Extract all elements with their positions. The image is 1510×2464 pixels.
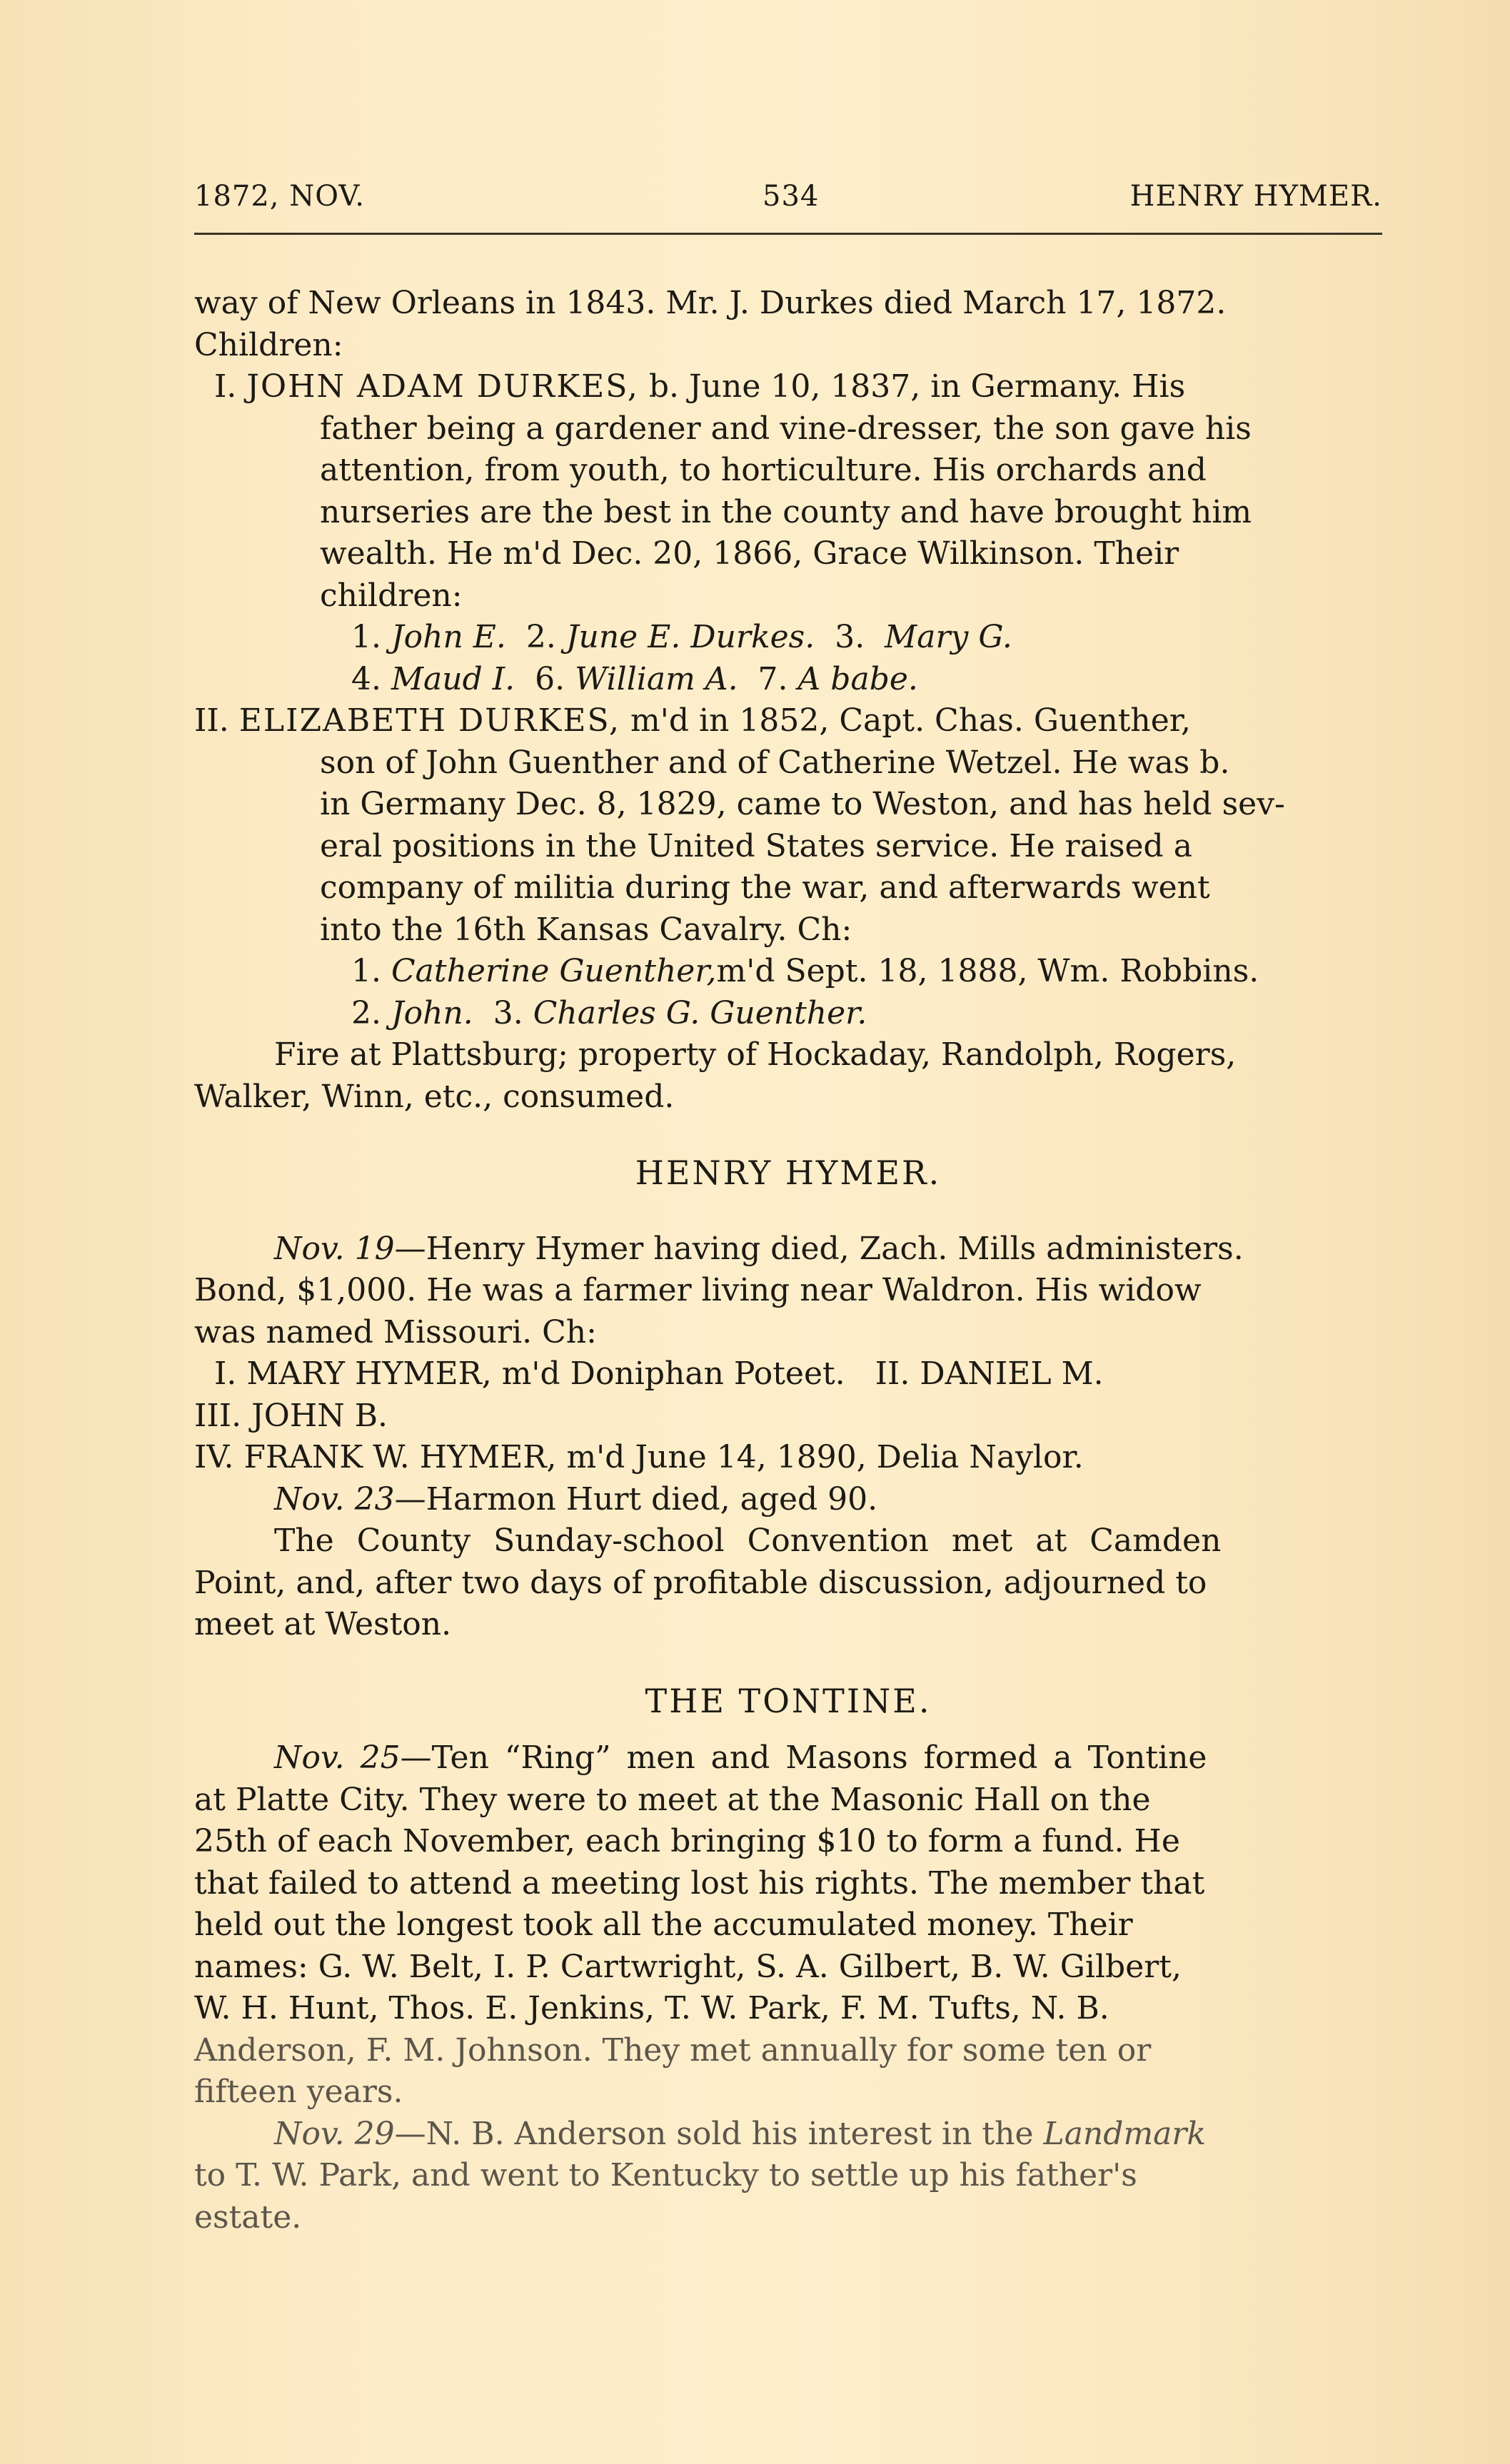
text-line: 25th of each November, each bringing $10… <box>194 1821 1382 1863</box>
text-line: to T. W. Park, and went to Kentucky to s… <box>194 2155 1382 2197</box>
list-number: 4. <box>351 659 381 701</box>
list-number: 6. <box>535 659 565 701</box>
text-line: Children: <box>194 325 1382 367</box>
child-entry-heading: II. ELIZABETH DURKES, m'd in 1852, Capt.… <box>194 700 1382 742</box>
section-heading-henry-hymer: HENRY HYMER. <box>194 1152 1382 1194</box>
entry-date: Nov. 23 <box>274 1479 395 1521</box>
entry-date: Nov. 19 <box>274 1228 395 1271</box>
text-line: eral positions in the United States serv… <box>194 826 1382 868</box>
child-text: FRANK W. HYMER, m'd June 14, 1890, Delia… <box>243 1437 1083 1479</box>
list-number: 3. <box>835 617 865 659</box>
grandchildren-row: 1. Catherine Guenther, m'd Sept. 18, 188… <box>194 951 1382 993</box>
text-segment: —Harmon Hurt died, aged 90. <box>395 1479 878 1521</box>
text-line: at Platte City. They were to meet at the… <box>194 1779 1382 1822</box>
text-line: wealth. He m'd Dec. 20, 1866, Grace Wilk… <box>194 533 1382 575</box>
entry-line: Nov. 29—N. B. Anderson sold his interest… <box>194 2114 1382 2156</box>
child-text: DANIEL M. <box>920 1353 1103 1395</box>
list-number: 1. <box>351 951 381 993</box>
list-number: 1. <box>351 617 381 659</box>
text-line: nurseries are the best in the county and… <box>194 492 1382 534</box>
list-number: 3. <box>493 993 523 1035</box>
entry-date: Nov. 29 <box>274 2114 395 2156</box>
text-line: Point, and, after two days of profitable… <box>194 1562 1382 1605</box>
child-name: Maud I. <box>391 659 515 701</box>
roman-numeral: IV. <box>194 1437 233 1479</box>
text-line: company of militia during the war, and a… <box>194 867 1382 909</box>
roman-numeral: I. <box>214 1353 236 1395</box>
child-name: William A. <box>575 659 738 701</box>
text-line: was named Missouri. Ch: <box>194 1312 1382 1354</box>
roman-numeral: II. <box>194 700 229 742</box>
text-line: fifteen years. <box>194 2071 1382 2114</box>
running-head-date: 1872, NOV. <box>194 180 365 213</box>
page-body: way of New Orleans in 1843. Mr. J. Durke… <box>194 283 1382 2238</box>
text-line: into the 16th Kansas Cavalry. Ch: <box>194 909 1382 951</box>
header-rule <box>194 233 1382 235</box>
text-line: attention, from youth, to horticulture. … <box>194 450 1382 492</box>
roman-numeral: I. <box>214 366 236 408</box>
child-entry-heading: I. JOHN ADAM DURKES, b. June 10, 1837, i… <box>194 366 1382 408</box>
text-segment: —Ten “Ring” men and Masons formed a Tont… <box>401 1737 1207 1779</box>
section-heading-the-tontine: THE TONTINE. <box>194 1680 1382 1722</box>
child-entry: III. JOHN B. <box>194 1395 1382 1438</box>
text-line: estate. <box>194 2197 1382 2239</box>
text-line: Fire at Plattsburg; property of Hockaday… <box>194 1034 1382 1076</box>
newspaper-title: Landmark <box>1043 2114 1206 2156</box>
child-name: John. <box>391 993 473 1035</box>
text-line: way of New Orleans in 1843. Mr. J. Durke… <box>194 283 1382 325</box>
entry-line: Nov. 25—Ten “Ring” men and Masons formed… <box>194 1737 1382 1779</box>
child-name: Charles G. Guenther. <box>533 993 867 1035</box>
person-name: ELIZABETH DURKES, <box>239 700 620 742</box>
child-name: June E. Durkes. <box>566 617 815 659</box>
entry-line: Nov. 23—Harmon Hurt died, aged 90. <box>194 1479 1382 1521</box>
child-name: John E. <box>391 617 506 659</box>
list-number: 2. <box>526 617 556 659</box>
running-head-title: HENRY HYMER. <box>1130 180 1382 213</box>
text-line: in Germany Dec. 8, 1829, came to Weston,… <box>194 784 1382 826</box>
text-line: children: <box>194 575 1382 617</box>
text-segment: —N. B. Anderson sold his interest in the <box>395 2114 1034 2156</box>
grandchildren-row: 2. John. 3. Charles G. Guenther. <box>194 993 1382 1035</box>
text-segment: m'd Sept. 18, 1888, Wm. Robbins. <box>717 951 1259 993</box>
child-text: MARY HYMER, m'd Doniphan Poteet. <box>246 1353 845 1395</box>
text-line: father being a gardener and vine-dresser… <box>194 408 1382 450</box>
page-number: 534 <box>762 180 819 213</box>
list-number: 2. <box>351 993 381 1035</box>
child-entry: I. MARY HYMER, m'd Doniphan Poteet. II. … <box>194 1353 1382 1395</box>
list-number: 7. <box>758 659 788 701</box>
text-line: Anderson, F. M. Johnson. They met annual… <box>194 2030 1382 2072</box>
child-entry: IV. FRANK W. HYMER, m'd June 14, 1890, D… <box>194 1437 1382 1479</box>
roman-numeral: III. <box>194 1395 241 1438</box>
child-name: Mary G. <box>885 617 1012 659</box>
running-head: 1872, NOV. 534 HENRY HYMER. <box>194 180 1382 213</box>
entry-line: Nov. 19—Henry Hymer having died, Zach. M… <box>194 1228 1382 1271</box>
grandchildren-row: 1. John E. 2. June E. Durkes. 3. Mary G. <box>194 617 1382 659</box>
child-name: A babe. <box>798 659 918 701</box>
text-line: names: G. W. Belt, I. P. Cartwright, S. … <box>194 1947 1382 1989</box>
entry-date: Nov. 25 <box>274 1737 401 1779</box>
text-line: held out the longest took all the accumu… <box>194 1904 1382 1947</box>
text-line: that failed to attend a meeting lost his… <box>194 1863 1382 1905</box>
text-line: son of John Guenther and of Catherine We… <box>194 742 1382 784</box>
text-line: Bond, $1,000. He was a farmer living nea… <box>194 1270 1382 1312</box>
roman-numeral: II. <box>875 1353 910 1395</box>
text-segment: m'd in 1852, Capt. Chas. Guenther, <box>630 700 1191 742</box>
text-line: W. H. Hunt, Thos. E. Jenkins, T. W. Park… <box>194 1988 1382 2030</box>
text-line: meet at Weston. <box>194 1604 1382 1646</box>
grandchildren-row: 4. Maud I. 6. William A. 7. A babe. <box>194 659 1382 701</box>
text-line: Walker, Winn, etc., consumed. <box>194 1076 1382 1119</box>
person-name: JOHN ADAM DURKES, <box>246 366 638 408</box>
child-text: JOHN B. <box>251 1395 388 1438</box>
text-line: The County Sunday-school Convention met … <box>194 1520 1382 1562</box>
text-segment: b. June 10, 1837, in Germany. His <box>649 366 1185 408</box>
child-name: Catherine Guenther, <box>391 951 717 993</box>
text-segment: —Henry Hymer having died, Zach. Mills ad… <box>395 1228 1244 1271</box>
